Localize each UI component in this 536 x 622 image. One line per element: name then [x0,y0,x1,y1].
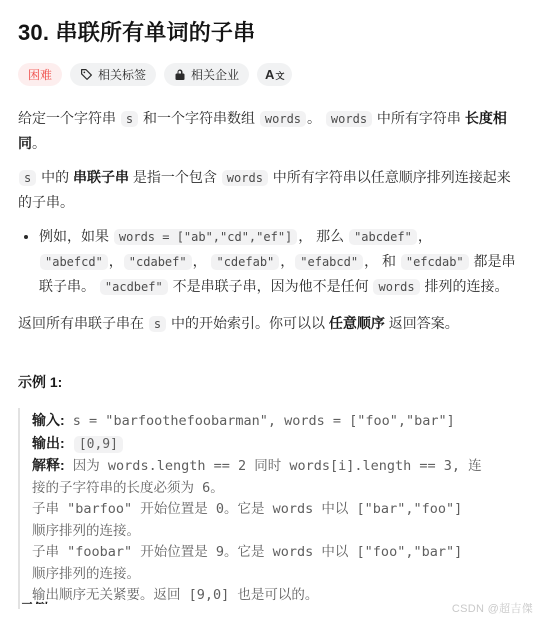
related-tags-button[interactable]: 相关标签 [70,63,156,86]
example-line: 输入: s = "barfoothefoobarman", words = ["… [32,410,518,433]
segment-text: ， 那么 [298,228,348,244]
related-tags-label: 相关标签 [98,69,146,81]
segment-code: "efcdab" [401,254,469,270]
segment-text: 排列的连接。 [421,278,509,294]
example2-heading-clipped: 示例 2: [20,599,90,604]
segment-text: 接的子字符串的长度必须为 6。 [32,480,224,496]
example-line: 输出: [0,9] [32,433,518,456]
segment-label: 解释: [32,457,65,473]
paragraph-definition: s 中的 串联子串 是指一个包含 words 中所有字符串以任意顺序排列连接起来… [18,165,518,214]
segment-code: words [222,170,268,186]
segment-code: s [19,170,36,186]
segment-text: 顺序排列的连接。 [32,523,140,539]
difficulty-badge: 困难 [18,63,62,86]
text-format-button[interactable]: A文 [257,63,292,86]
segment-text: 不是串联子串，因为他不是任何 [169,278,373,294]
segment-text: 例如，如果 [39,228,113,244]
segment-code: words [373,279,419,295]
translate-icon: A文 [265,68,284,81]
segment-code: words [326,111,372,127]
segment-text: ， [418,228,432,244]
problem-page: 30. 串联所有单词的子串 困难 相关标签 相关企业 A文 [0,0,536,622]
segment-code: "efabcd" [295,254,363,270]
segment-text: 。 [32,135,46,151]
segment-text: 子串 "foobar" 开始位置是 9。它是 words 中以 ["foo","… [32,544,462,560]
segment-code: words = ["ab","cd","ef"] [114,229,297,245]
example-line: 顺序排列的连接。 [32,564,518,586]
segment-text: 中的 [37,169,73,185]
segment-text: ， [109,253,123,269]
segment-text: 子串 "barfoo" 开始位置是 0。它是 words 中以 ["bar","… [32,501,462,517]
segment-text: ， [280,253,294,269]
segment-text: 中所有字符串 [373,110,465,126]
problem-description: 给定一个字符串 s 和一个字符串数组 words。 words 中所有字符串 长… [18,106,518,336]
segment-code: "abefcd" [40,254,108,270]
example1-heading: 示例 1: [18,372,518,392]
segment-bold: 任意顺序 [329,315,385,331]
segment-code: "cdabef" [124,254,192,270]
segment-text: ， [193,253,211,269]
example-bullet-list: 例如，如果 words = ["ab","cd","ef"]， 那么 "abcd… [18,224,518,299]
badge-row: 困难 相关标签 相关企业 A文 [18,63,518,86]
segment-text: 和一个字符串数组 [139,110,259,126]
segment-text: s = "barfoothefoobarman", words = ["foo"… [65,413,455,429]
segment-text: 返回所有串联子串在 [18,315,148,331]
segment-bold: 串联子串 [73,169,129,185]
segment-code: "cdefab" [211,254,279,270]
segment-code: "acdbef" [100,279,168,295]
example-line: 顺序排列的连接。 [32,521,518,543]
segment-text: 是指一个包含 [129,169,221,185]
example-line: 接的子字符串的长度必须为 6。 [32,478,518,500]
example-line: 子串 "barfoo" 开始位置是 0。它是 words 中以 ["bar","… [32,499,518,521]
segment-text: 顺序排列的连接。 [32,566,140,582]
segment-label: 输出: [32,435,65,451]
segment-code: s [149,316,166,332]
segment-text [65,436,73,452]
paragraph-return: 返回所有串联子串在 s 中的开始索引。你可以以 任意顺序 返回答案。 [18,311,518,336]
watermark: CSDN @超吉傑 [452,600,533,616]
segment-text: 。 [307,110,325,126]
example-line: 解释: 因为 words.length == 2 同时 words[i].len… [32,455,518,478]
segment-code: "abcdef" [349,229,417,245]
segment-code: [0,9] [74,436,123,453]
segment-text: 给定一个字符串 [18,110,120,126]
segment-text: 中的开始索引。你可以以 [167,315,329,331]
tag-icon [80,68,93,81]
segment-label: 输入: [32,412,65,428]
lock-icon [174,68,186,81]
page-title: 30. 串联所有单词的子串 [18,16,518,47]
segment-text: ， 和 [364,253,400,269]
paragraph-given: 给定一个字符串 s 和一个字符串数组 words。 words 中所有字符串 长… [18,106,518,155]
segment-text: 因为 words.length == 2 同时 words[i].length … [65,458,482,474]
bullet-item: 例如，如果 words = ["ab","cd","ef"]， 那么 "abcd… [39,224,518,299]
example1-block: 输入: s = "barfoothefoobarman", words = ["… [18,408,518,609]
related-companies-button[interactable]: 相关企业 [164,63,249,86]
segment-text: 返回答案。 [385,315,459,331]
example-line: 输出顺序无关紧要。返回 [9,0] 也是可以的。 [32,585,518,607]
related-companies-label: 相关企业 [191,69,239,81]
segment-code: words [260,111,306,127]
segment-code: s [121,111,138,127]
example-line: 子串 "foobar" 开始位置是 9。它是 words 中以 ["foo","… [32,542,518,564]
